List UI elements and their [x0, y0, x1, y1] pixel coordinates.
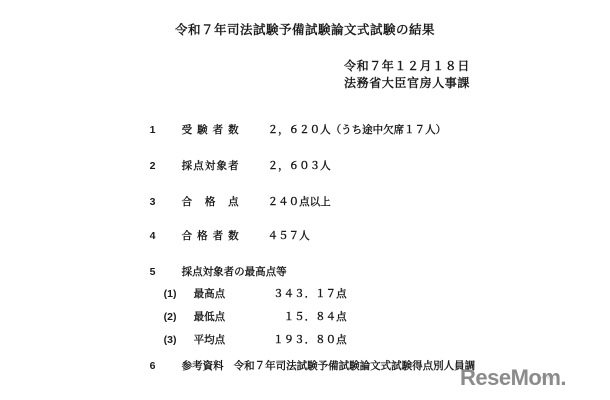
item-value: ２，６０３人	[268, 158, 331, 173]
sub-item-value: １９３．８０点	[257, 332, 347, 347]
item-number: 2	[150, 160, 182, 172]
page-title: 令和７年司法試験予備試験論文式試験の結果	[0, 20, 610, 38]
document-page: 令和７年司法試験予備試験論文式試験の結果 令和７年１２月１８日 法務省大臣官房人…	[0, 0, 610, 400]
result-item-reference-material: 6参考資料令和７年司法試験予備試験論文式試験得点別人員調	[138, 346, 475, 385]
result-item-graded: 2採点対象者２，６０３人	[138, 146, 331, 185]
resemom-logo: リセマムReseMom.	[460, 366, 566, 390]
item-value: ２，６２０人（うち途中欠席１７人）	[268, 122, 447, 137]
result-item-passers: 4合格者数４５７人	[138, 216, 310, 255]
result-item-examinees: 1受験者数２，６２０人（うち途中欠席１７人）	[138, 110, 446, 149]
item-label: 採点対象者	[182, 158, 239, 173]
resemom-logo-katakana: リセマム	[536, 366, 556, 390]
item-number: 3	[150, 196, 182, 208]
organization-line: 法務省大臣官房人事課	[344, 75, 470, 92]
item-number: 4	[150, 230, 182, 242]
item-value: ４５７人	[268, 228, 310, 243]
item-number: 6	[150, 360, 182, 372]
item-label: 合格点	[182, 194, 239, 209]
item-label: 受験者数	[182, 122, 239, 137]
sub-item-label: 平均点	[194, 332, 257, 347]
item-number: 1	[150, 124, 182, 136]
item-value: ２４０点以上	[268, 194, 331, 209]
item-label: 合格者数	[182, 228, 239, 243]
item-label: 参考資料	[182, 360, 224, 372]
item-value: 令和７年司法試験予備試験論文式試験得点別人員調	[234, 358, 476, 373]
date-line: 令和７年１２月１８日	[344, 58, 470, 75]
sub-item-number: (3)	[164, 334, 194, 346]
header-block: 令和７年１２月１８日 法務省大臣官房人事課	[344, 58, 470, 91]
resemom-logo-period: .	[560, 365, 566, 390]
